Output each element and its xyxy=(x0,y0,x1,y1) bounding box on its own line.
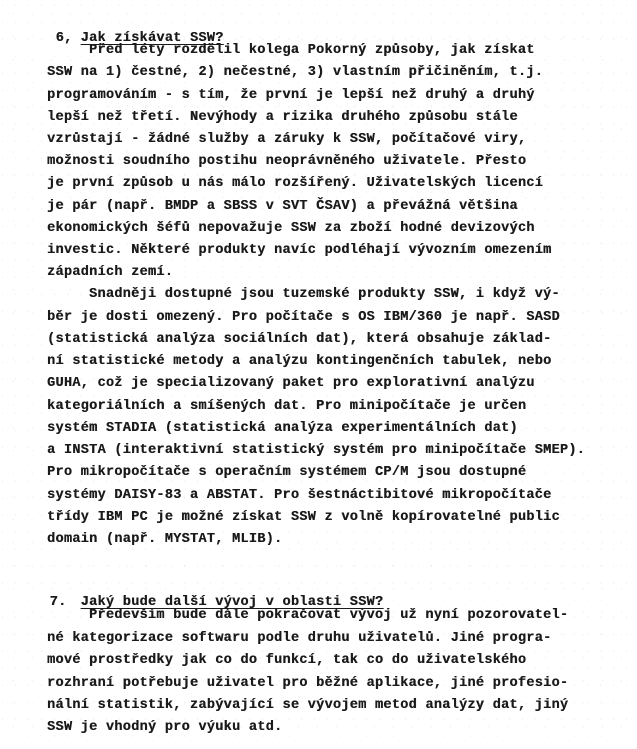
text-line: je první způsob u nás málo rozšířený. Už… xyxy=(47,175,543,193)
text-line: Před léty rozdělil kolega Pokorný způsob… xyxy=(89,42,535,60)
text-line: investic. Některé produkty navíc podléha… xyxy=(47,242,551,260)
text-line: mové prostředky jak co do funkcí, tak co… xyxy=(47,652,526,670)
text-line: Snadněji dostupné jsou tuzemské produkty… xyxy=(89,286,560,304)
text-line: programováním - s tím, že první je lepší… xyxy=(47,87,535,105)
text-line: né kategorizace softwaru podle druhu uži… xyxy=(47,630,551,648)
text-line: vzrůstají - žádné služby a záruky k SSW,… xyxy=(47,131,526,149)
text-line: rozhraní potřebuje uživatel pro běžné ap… xyxy=(47,675,568,693)
text-line: kategoriálních a smíšených dat. Pro mini… xyxy=(47,398,526,416)
text-line: Pro mikropočítače s operačním systémem C… xyxy=(47,464,526,482)
text-line: běr je dosti omezený. Pro počítače s OS … xyxy=(47,309,560,327)
text-line: Především bude dále pokračovat vývoj už … xyxy=(89,607,568,625)
text-line: třídy IBM PC je možné získat SSW z volně… xyxy=(47,509,560,527)
text-line: západních zemí. xyxy=(47,264,173,282)
text-line: SSW na 1) čestné, 2) nečestné, 3) vlastn… xyxy=(47,64,543,82)
section-number: 6, xyxy=(34,30,81,48)
text-line: ní statistické metody a analýzu kontinge… xyxy=(47,353,551,371)
text-line: domain (např. MYSTAT, MLIB). xyxy=(47,531,282,549)
text-line: je pár (např. BMDP a SBSS v SVT ČSAV) a … xyxy=(47,198,518,216)
text-line: systémy DAISY-83 a ABSTAT. Pro šestnácti… xyxy=(47,487,551,505)
text-line: GUHA, což je specializovaný paket pro ex… xyxy=(47,375,535,393)
text-line: systém STADIA (statistická analýza exper… xyxy=(47,420,518,438)
scanned-page: 6,Jak získávat SSW? Před léty rozdělil k… xyxy=(0,0,637,749)
text-line: nální statistik, zabývající se vývojem m… xyxy=(47,697,568,715)
text-line: lepší než třetí. Nevýhody a rizika druhé… xyxy=(47,109,518,127)
text-line: (statistická analýza sociálních dat), kt… xyxy=(47,331,551,349)
text-line: možnosti soudního postihu neoprávněného … xyxy=(47,153,526,171)
section-number: 7. xyxy=(34,594,81,612)
text-line: a INSTA (interaktivní statistický systém… xyxy=(47,442,585,460)
text-line: SSW je vhodný pro výuku atd. xyxy=(47,719,282,737)
text-line: ekonomických šéfů nepovažuje SSW za zbož… xyxy=(47,220,535,238)
